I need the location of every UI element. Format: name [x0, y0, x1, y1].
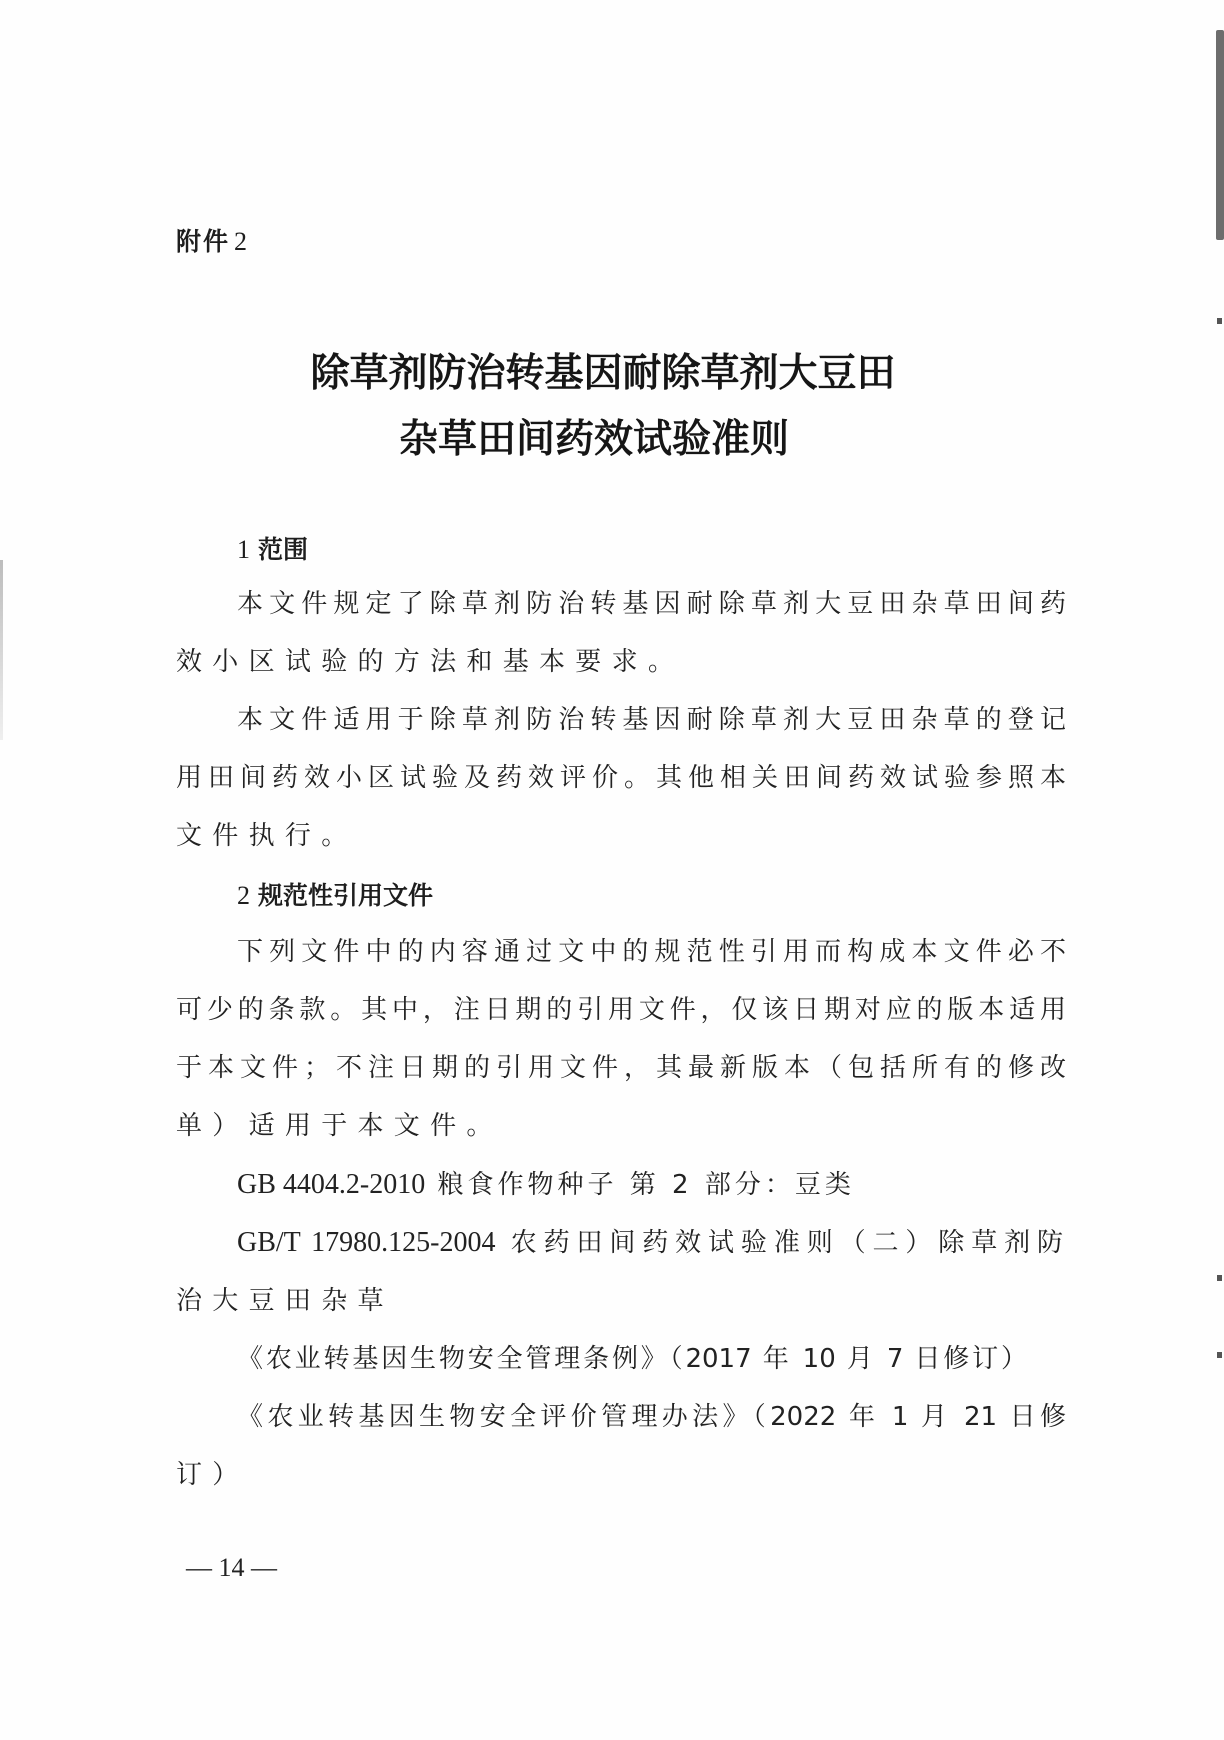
- section-heading-scope: 1范围: [237, 530, 308, 566]
- document-page: 附件2 除草剂防治转基因耐除草剂大豆田 杂草田间药效试验准则 1范围 本文件规定…: [0, 0, 1224, 1740]
- attachment-label-text: 附件: [176, 227, 230, 256]
- attachment-number: 2: [234, 227, 249, 256]
- paragraph-line: 效小区试验的方法和基本要求。: [176, 644, 1066, 680]
- reference-code: GB/T 17980.125-2004: [237, 1227, 496, 1258]
- paragraph-line: 文件执行。: [176, 818, 1066, 854]
- section-title: 规范性引用文件: [258, 881, 433, 910]
- reference-continuation: 治大豆田杂草: [176, 1283, 1066, 1319]
- reference-item: GB/T 17980.125-2004 农药田间药效试验准则（二）除草剂防: [237, 1225, 1066, 1261]
- paragraph-line: 用田间药效小区试验及药效评价。其他相关田间药效试验参照本: [176, 760, 1066, 796]
- reference-title: 粮食作物种子 第 2 部分：豆类: [438, 1170, 855, 1200]
- section-heading-normative-references: 2规范性引用文件: [237, 876, 433, 912]
- section-number: 2: [237, 881, 250, 910]
- scan-mark-artifact: [1217, 1275, 1222, 1281]
- attachment-label: 附件2: [176, 222, 249, 258]
- paragraph-line: 单）适用于本文件。: [176, 1108, 1066, 1144]
- reference-item: 《农业转基因生物安全评价管理办法》（2022 年 1 月 21 日修: [237, 1399, 1066, 1435]
- paragraph-line: 于本文件；不注日期的引用文件，其最新版本（包括所有的修改: [176, 1050, 1066, 1086]
- document-title-line-2: 杂草田间药效试验准则: [0, 408, 1206, 464]
- reference-continuation: 订）: [176, 1457, 1066, 1493]
- scan-edge-artifact: [1216, 30, 1224, 240]
- reference-code: GB 4404.2-2010: [237, 1169, 425, 1200]
- paragraph-line: 本文件规定了除草剂防治转基因耐除草剂大豆田杂草田间药: [237, 586, 1066, 622]
- section-title: 范围: [258, 535, 308, 564]
- paragraph-line: 可少的条款。其中，注日期的引用文件，仅该日期对应的版本适用: [176, 992, 1066, 1028]
- document-title-line-1: 除草剂防治转基因耐除草剂大豆田: [0, 342, 1215, 398]
- scan-mark-artifact: [1217, 318, 1222, 324]
- reference-title: 农药田间药效试验准则（二）除草剂防: [511, 1228, 1066, 1258]
- page-number: — 14 —: [186, 1553, 277, 1583]
- paragraph-line: 本文件适用于除草剂防治转基因耐除草剂大豆田杂草的登记: [237, 702, 1066, 738]
- scan-edge-artifact: [0, 560, 3, 740]
- scan-mark-artifact: [1217, 1352, 1222, 1358]
- reference-item: 《农业转基因生物安全管理条例》（2017 年 10 月 7 日修订）: [237, 1341, 1027, 1377]
- reference-item: GB 4404.2-2010 粮食作物种子 第 2 部分：豆类: [237, 1167, 1066, 1203]
- paragraph-line: 下列文件中的内容通过文中的规范性引用而构成本文件必不: [237, 934, 1066, 970]
- section-number: 1: [237, 535, 250, 564]
